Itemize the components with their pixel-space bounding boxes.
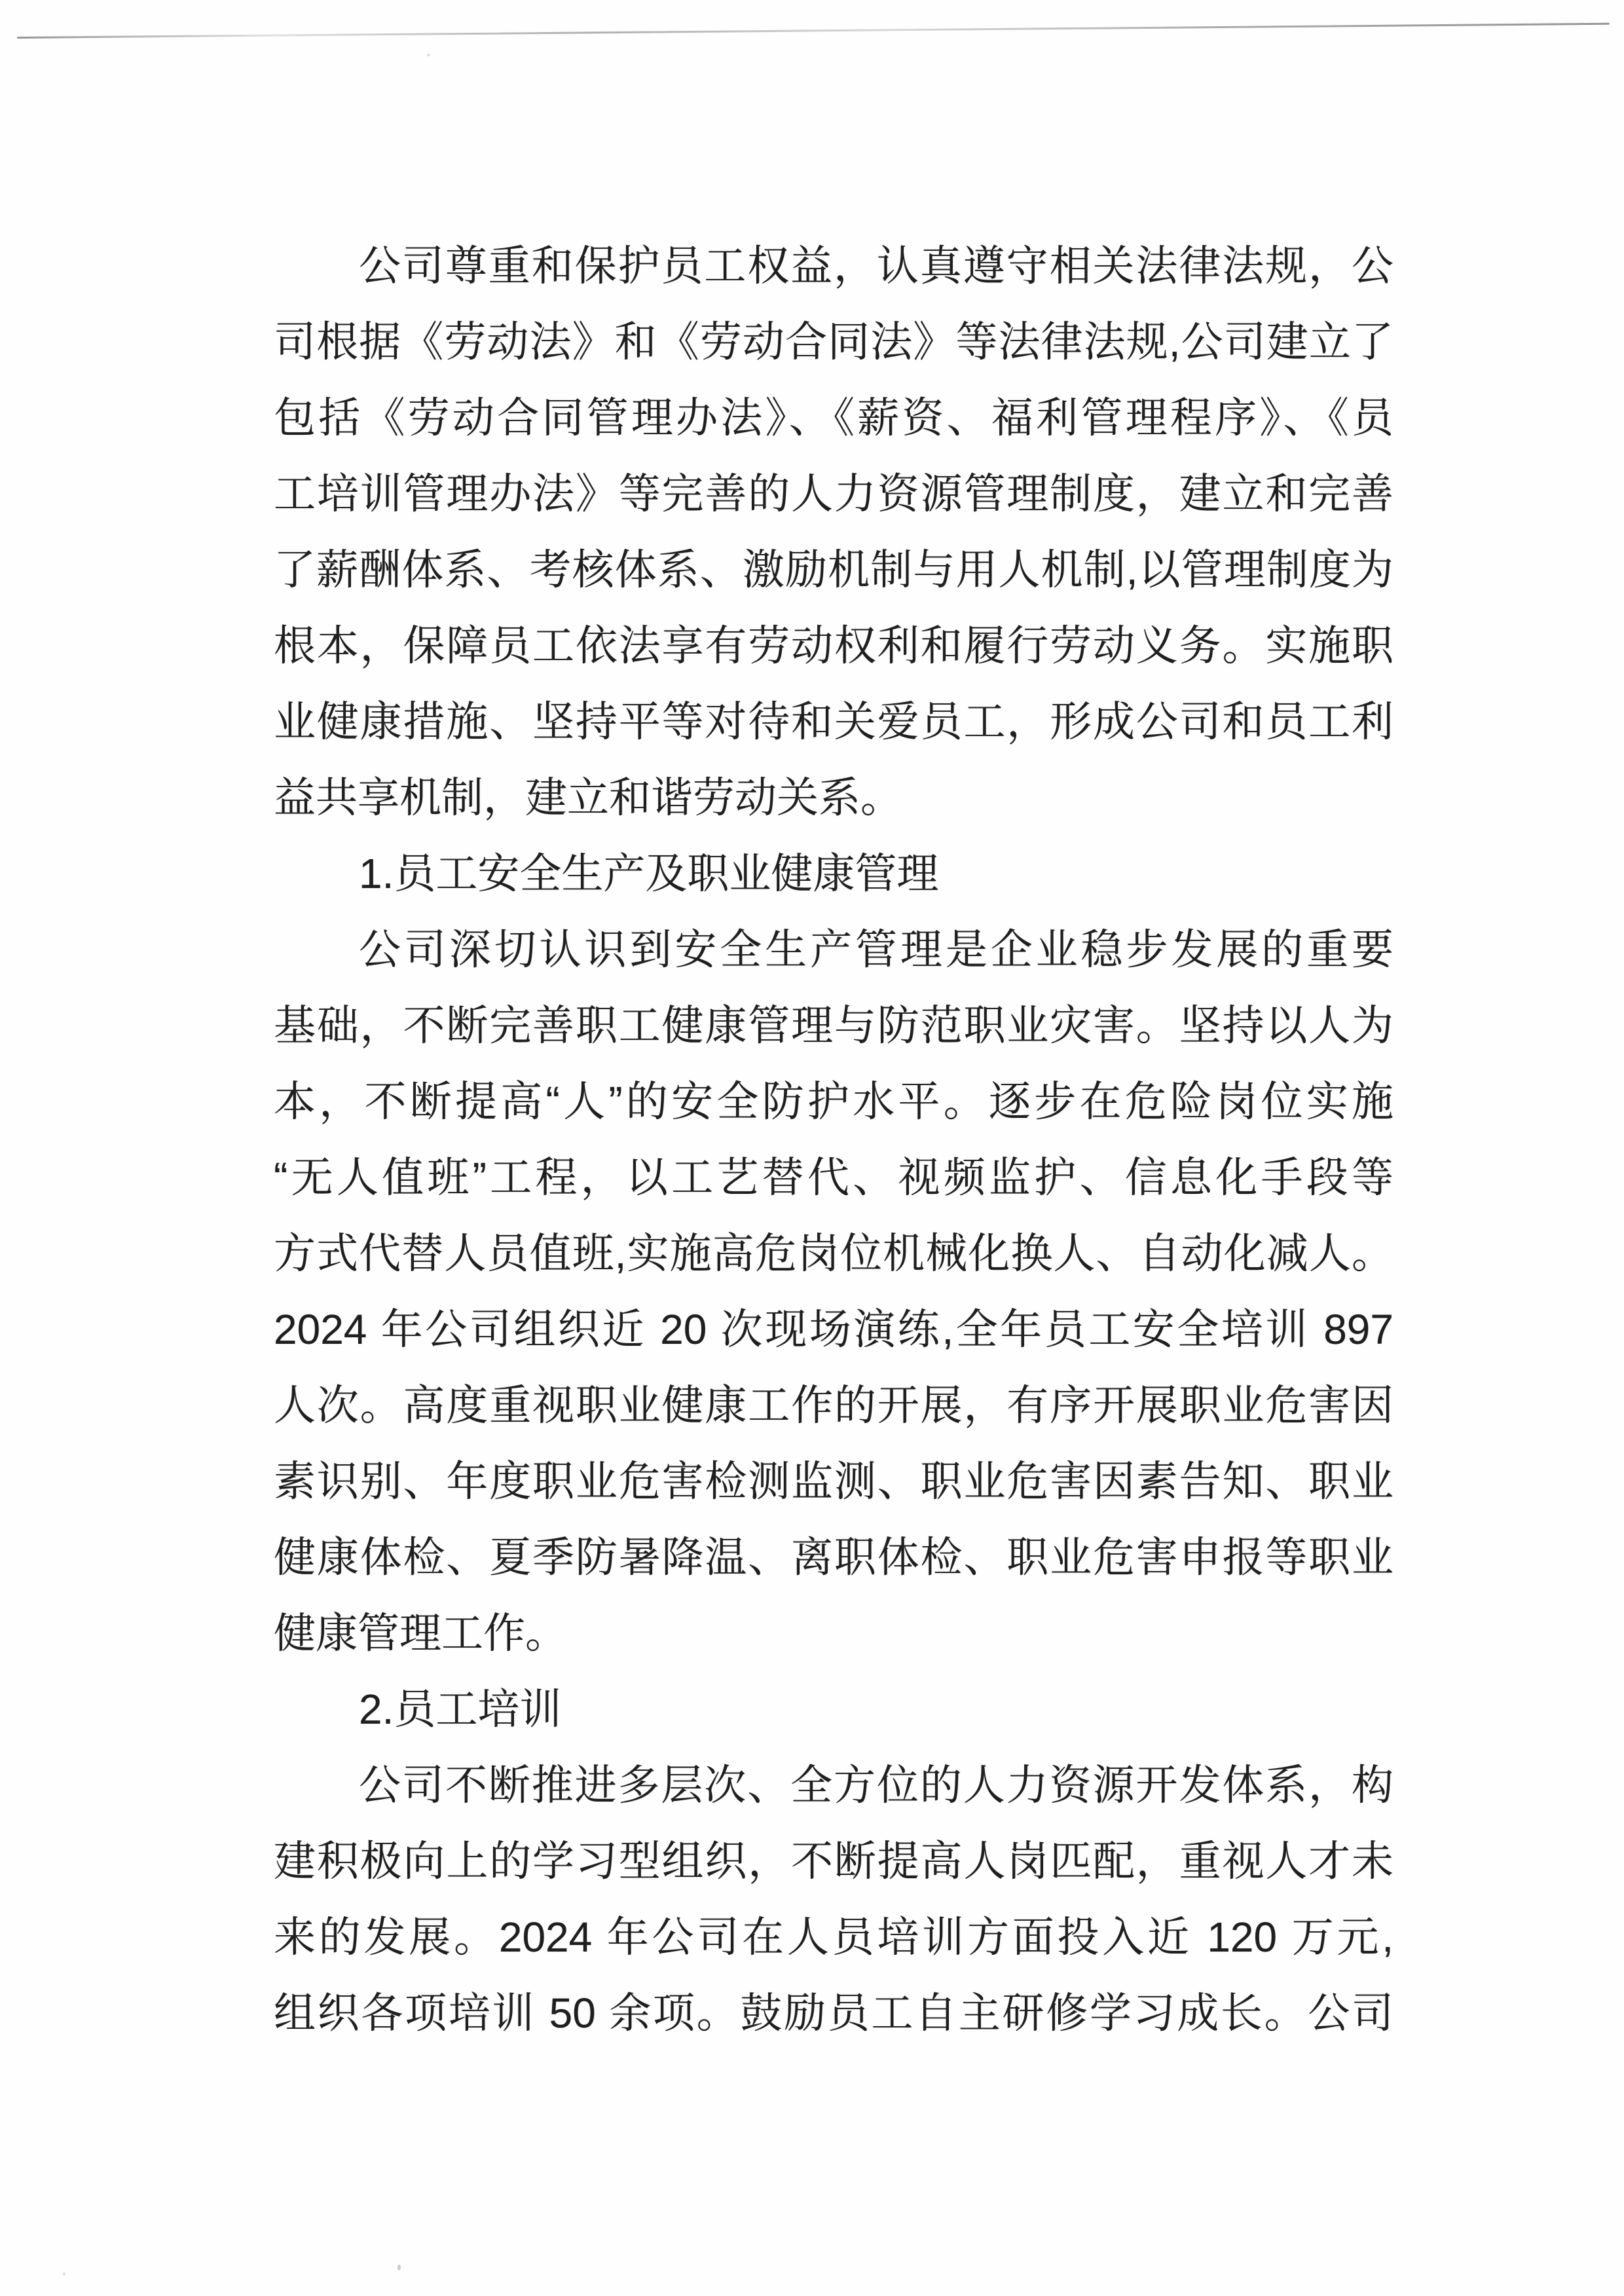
paragraph-line: 公司深切认识到安全生产管理是企业稳步发展的重要 — [274, 912, 1393, 988]
paragraph-line: 根本，保障员工依法享有劳动权利和履行劳动义务。实施职 — [274, 608, 1393, 684]
paragraph-line: 包括《劳动合同管理办法》、《薪资、福利管理程序》、《员 — [274, 380, 1393, 456]
scan-speck — [397, 2265, 401, 2270]
paragraph-line: 本，不断提高“人”的安全防护水平。逐步在危险岗位实施 — [274, 1064, 1393, 1139]
paragraph-line: 基础，不断完善职工健康管理与防范职业灾害。坚持以人为 — [274, 988, 1393, 1064]
scan-speck — [427, 54, 430, 56]
paragraph-line: 公司不断推进多层次、全方位的人力资源开发体系，构 — [274, 1747, 1393, 1823]
text-block: 公司尊重和保护员工权益，认真遵守相关法律法规，公 司根据《劳动法》和《劳动合同法… — [274, 228, 1393, 2051]
paragraph-line: 司根据《劳动法》和《劳动合同法》等法律法规,公司建立了 — [274, 304, 1393, 380]
paragraph-line: 方式代替人员值班,实施高危岗位机械化换人、自动化减人。 — [274, 1215, 1393, 1291]
scan-speck — [63, 2272, 65, 2276]
paragraph-line: 素识别、年度职业危害检测监测、职业危害因素告知、职业 — [274, 1443, 1393, 1519]
paragraph-line: 健康管理工作。 — [274, 1595, 1393, 1671]
paragraph-line: 工培训管理办法》等完善的人力资源管理制度，建立和完善 — [274, 456, 1393, 532]
paragraph-line: 组织各项培训 50 余项。鼓励员工自主研修学习成长。公司 — [274, 1975, 1393, 2051]
paragraph-line: 人次。高度重视职业健康工作的开展，有序开展职业危害因 — [274, 1367, 1393, 1443]
paragraph-line: 公司尊重和保护员工权益，认真遵守相关法律法规，公 — [274, 228, 1393, 304]
scanned-document-page: 公司尊重和保护员工权益，认真遵守相关法律法规，公 司根据《劳动法》和《劳动合同法… — [0, 0, 1624, 2296]
paragraph-line: 健康体检、夏季防暑降温、离职体检、职业危害申报等职业 — [274, 1519, 1393, 1595]
paragraph-line: 益共享机制，建立和谐劳动关系。 — [274, 760, 1393, 836]
section-heading: 1.员工安全生产及职业健康管理 — [274, 836, 1393, 912]
paragraph-line: 来的发展。2024 年公司在人员培训方面投入近 120 万元, — [274, 1899, 1393, 1975]
section-heading: 2.员工培训 — [274, 1671, 1393, 1747]
paragraph-line: 建积极向上的学习型组织，不断提高人岗匹配，重视人才未 — [274, 1823, 1393, 1899]
scan-artifact-line — [17, 23, 1610, 39]
paragraph-line: 了薪酬体系、考核体系、激励机制与用人机制,以管理制度为 — [274, 532, 1393, 608]
paragraph-line: “无人值班”工程，以工艺替代、视频监护、信息化手段等 — [274, 1139, 1393, 1215]
paragraph-line: 业健康措施、坚持平等对待和关爱员工，形成公司和员工利 — [274, 684, 1393, 760]
paragraph-line: 2024 年公司组织近 20 次现场演练,全年员工安全培训 897 — [274, 1291, 1393, 1367]
